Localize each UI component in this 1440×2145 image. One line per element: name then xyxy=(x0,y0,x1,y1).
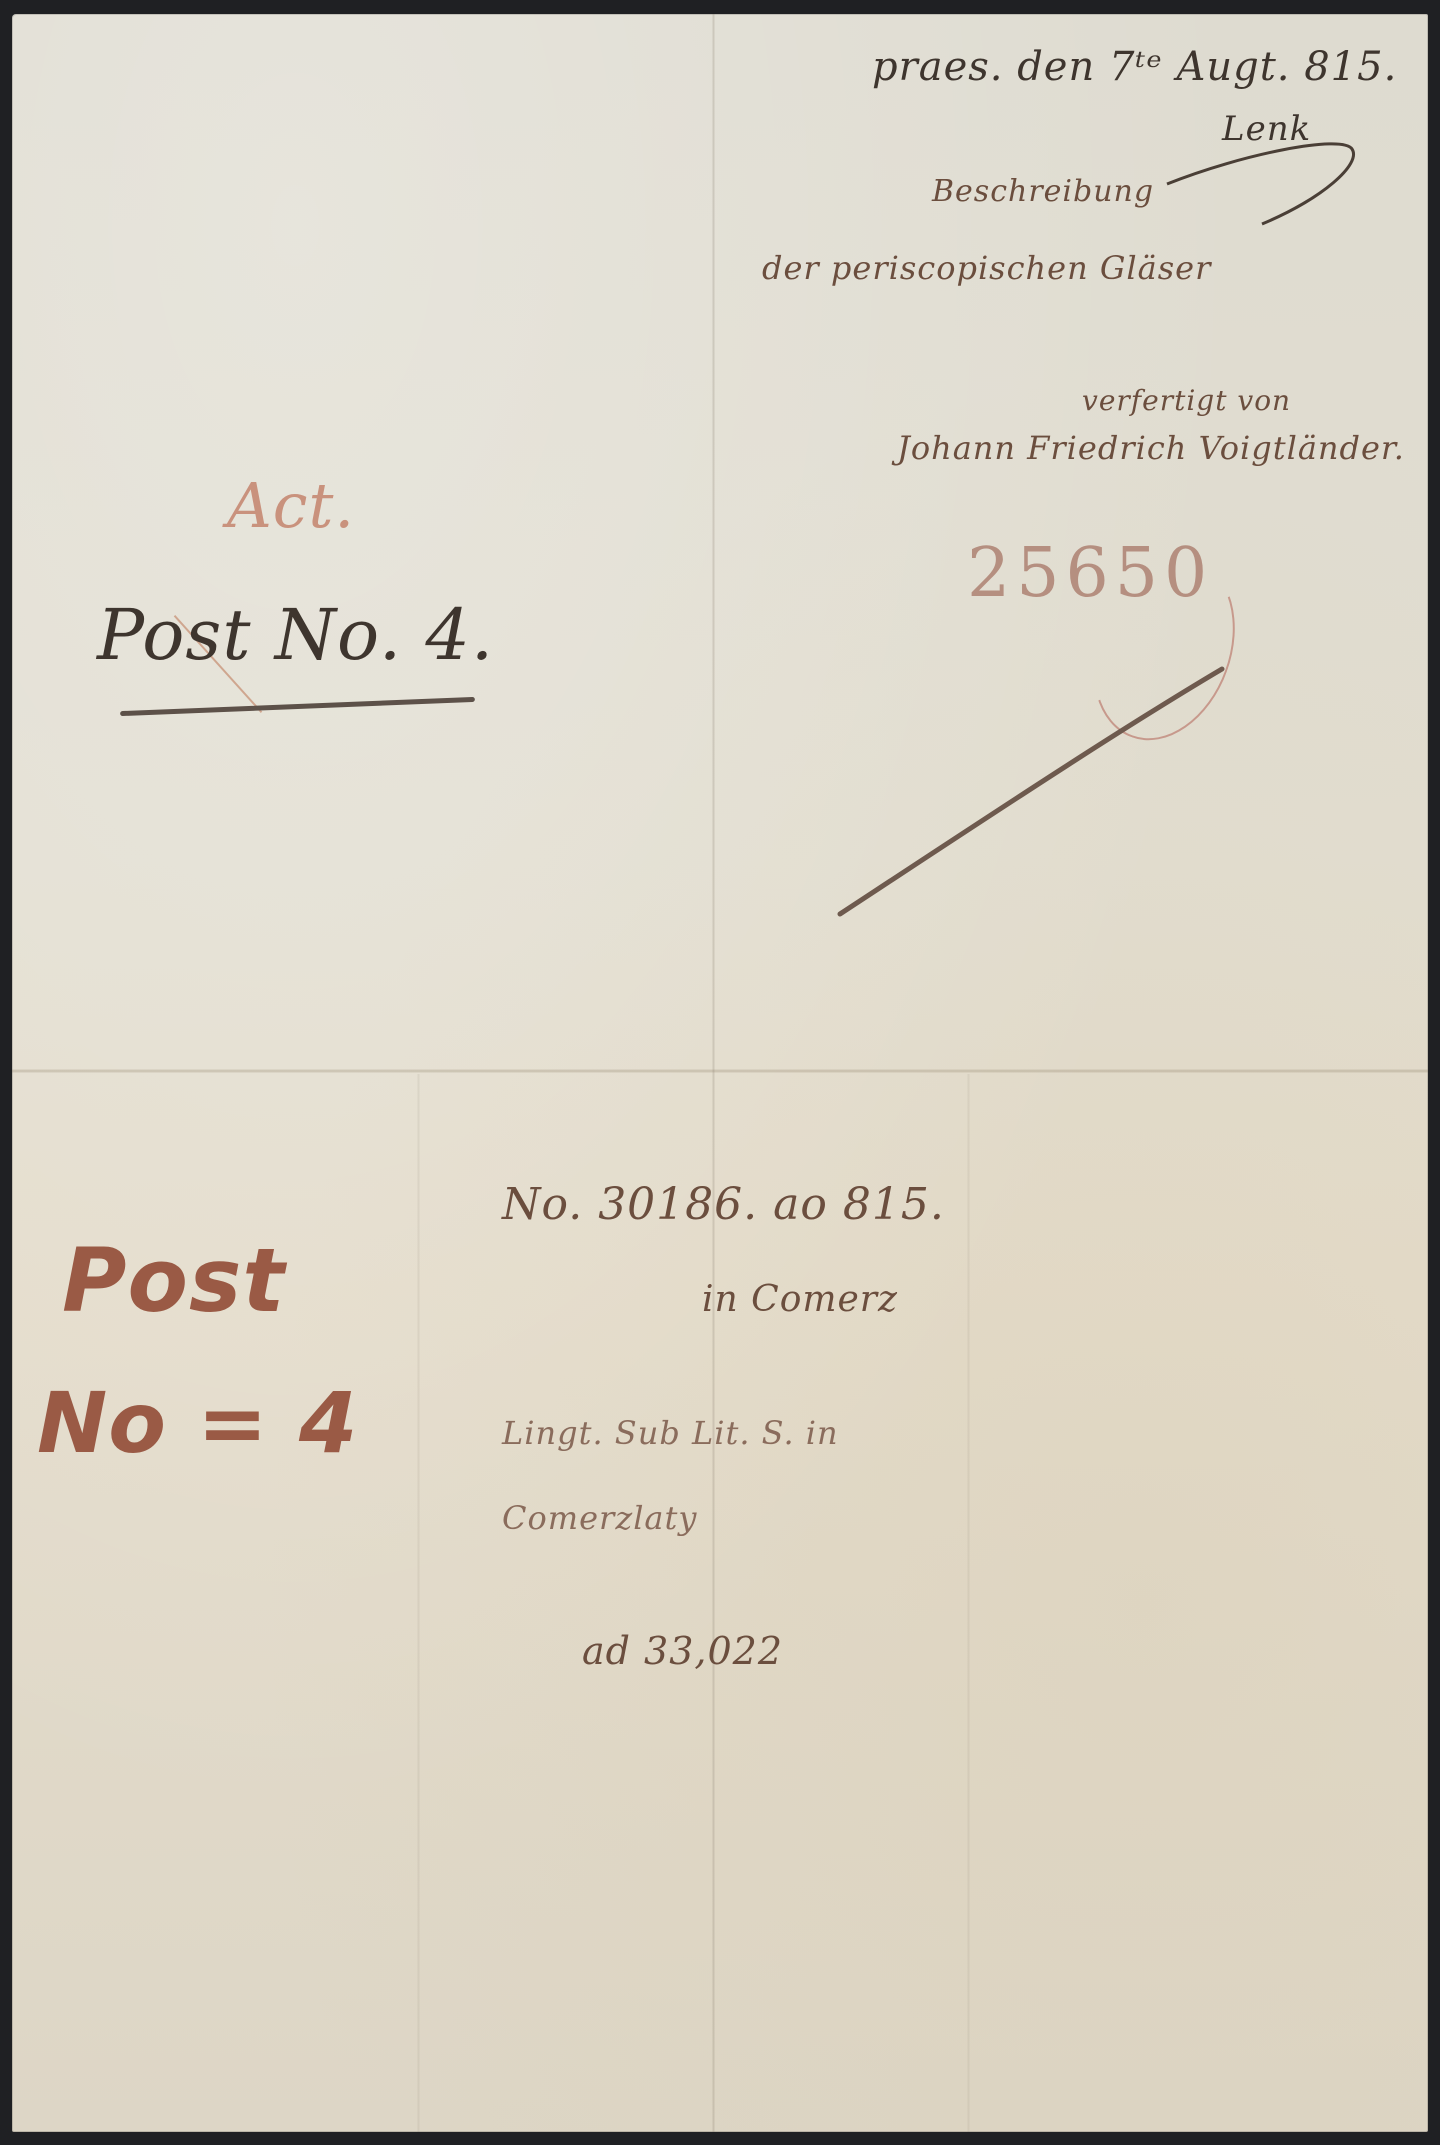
pencil-note-act: Act. xyxy=(227,469,355,542)
title-line-3: verfertigt von xyxy=(1082,384,1291,417)
reference-number: ad 33,022 xyxy=(582,1629,783,1673)
red-chalk-number-label: No = 4 xyxy=(37,1374,358,1472)
post-label-underline xyxy=(120,697,475,716)
vertical-fold-line-right xyxy=(967,1074,970,2132)
registry-number: No. 30186. ao 815. xyxy=(502,1179,945,1230)
manuscript-page: praes. den 7ᵗᵉ Augt. 815. Lenk Beschreib… xyxy=(12,14,1428,2132)
post-number-label: Post No. 4. xyxy=(97,594,494,676)
filing-note-line-1: Lingt. Sub Lit. S. in xyxy=(502,1414,839,1452)
diagonal-pen-stroke-icon xyxy=(12,14,1428,1014)
title-line-1: Beschreibung xyxy=(932,174,1154,209)
vertical-fold-line-left xyxy=(417,1074,420,2132)
title-line-2: der periscopischen Gläser xyxy=(762,249,1211,287)
received-date-line: praes. den 7ᵗᵉ Augt. 815. xyxy=(872,44,1397,90)
department-label: in Comerz xyxy=(702,1279,898,1320)
filing-note-line-2: Comerzlaty xyxy=(502,1499,697,1537)
vertical-fold-line xyxy=(712,14,715,2132)
horizontal-fold-line xyxy=(12,1069,1428,1073)
title-line-4: Johann Friedrich Voigtländer. xyxy=(897,429,1405,467)
red-chalk-post-label: Post xyxy=(62,1229,285,1332)
signature: Lenk xyxy=(1222,109,1311,149)
